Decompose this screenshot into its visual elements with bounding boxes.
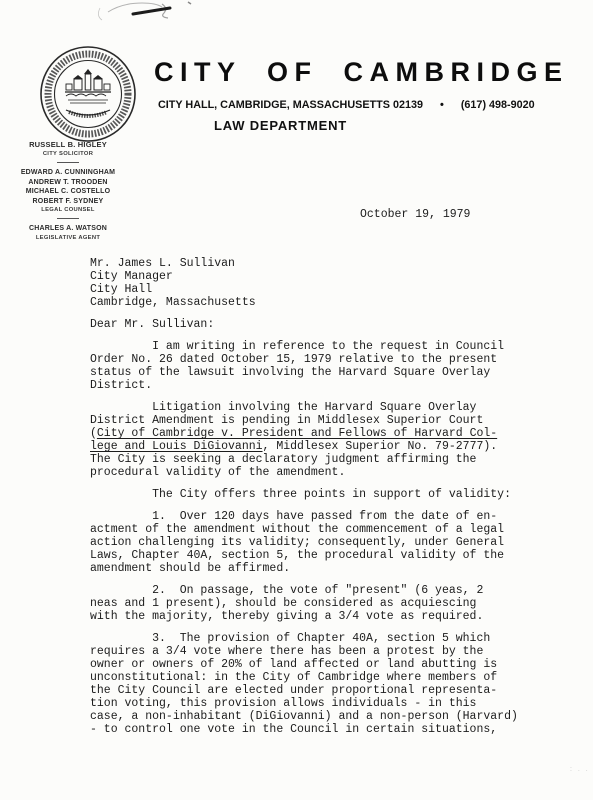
salutation-line: Dear Mr. Sullivan: [90,318,550,331]
text-segment: 2. On passage, the vote of "present" (6 … [90,584,483,597]
official-name: EDWARD A. CUNNINGHAM [2,168,134,178]
divider [57,218,79,219]
salutation: Dear Mr. Sullivan: [90,318,550,331]
official-role: CITY SOLICITOR [2,150,134,158]
official-name: ANDREW T. TROODEN [2,178,134,188]
text-segment: case, a non-inhabitant (DiGiovanni) and … [90,710,518,723]
scanned-letter-page: CITY OF CAMBRIDGE CITY HALL, CAMBRIDGE, … [0,0,593,800]
case-citation-underlined: lege and Louis DiGiovanni [90,440,263,453]
text-segment: with the majority, thereby giving a 3/4 … [90,610,483,623]
paragraph: 3. The provision of Chapter 40A, section… [90,632,550,736]
divider [57,162,79,163]
letter-line: neas and 1 present), should be considere… [90,597,550,610]
official-name: RUSSELL B. HIGLEY [2,140,134,150]
text-segment: tion voting, this provision allows indiv… [90,697,476,710]
text-segment: unconstitutional: in the City of Cambrid… [90,671,497,684]
text-segment: The City is seeking a declaratory judgme… [90,453,476,466]
letterhead-address-line: CITY HALL, CAMBRIDGE, MASSACHUSETTS 0213… [158,99,535,111]
letter-line: lege and Louis DiGiovanni, Middlesex Sup… [90,440,550,453]
scan-artifact: : . . [570,766,590,773]
handwritten-scribble-icon [70,0,270,40]
text-segment: owner or owners of 20% of land affected … [90,658,497,671]
paragraph: 2. On passage, the vote of "present" (6 … [90,584,550,623]
text-segment: the City Council are elected under propo… [90,684,497,697]
text-segment: status of the lawsuit involving the Harv… [90,366,490,379]
officials-group-legislative: CHARLES A. WATSON LEGISLATIVE AGENT [2,224,134,242]
text-segment: neas and 1 present), should be considere… [90,597,476,610]
text-segment: amendment should be affirmed. [90,562,290,575]
letter-line: District. [90,379,550,392]
letter-line: Order No. 26 dated October 15, 1979 rela… [90,353,550,366]
letter-line: - to control one vote in the Council in … [90,723,550,736]
letter-line: The City offers three points in support … [90,488,550,501]
letter-line: Laws, Chapter 40A, section 5, the proced… [90,549,550,562]
text-segment: The City offers three points in support … [90,488,511,501]
letter-line: action challenging its validity; consequ… [90,536,550,549]
officials-group-solicitor: RUSSELL B. HIGLEY CITY SOLICITOR [2,140,134,163]
letter-line: tion voting, this provision allows indiv… [90,697,550,710]
recipient-line: City Manager [90,270,550,283]
letter-line: case, a non-inhabitant (DiGiovanni) and … [90,710,550,723]
recipient-line: Mr. James L. Sullivan [90,257,550,270]
recipient-address-block: Mr. James L. Sullivan City Manager City … [90,257,550,309]
letter-line: with the majority, thereby giving a 3/4 … [90,610,550,623]
letter-line: District Amendment is pending in Middles… [90,414,550,427]
letter-line: 1. Over 120 days have passed from the da… [90,510,550,523]
official-name: MICHAEL C. COSTELLO [2,187,134,197]
text-segment: Order No. 26 dated October 15, 1979 rela… [90,353,497,366]
recipient-line: City Hall [90,283,550,296]
text-segment: , Middlesex Superior No. 79-2777). [263,440,498,453]
letter-paragraphs: I am writing in reference to the request… [90,340,550,736]
official-name: ROBERT F. SYDNEY [2,197,134,207]
letter-line: unconstitutional: in the City of Cambrid… [90,671,550,684]
letter-line: I am writing in reference to the request… [90,340,550,353]
letter-line: (City of Cambridge v. President and Fell… [90,427,550,440]
cambridge-city-seal-icon [38,44,138,144]
paragraph: Litigation involving the Harvard Square … [90,401,550,479]
letter-line: amendment should be affirmed. [90,562,550,575]
bullet-separator: • [440,99,444,111]
letter-line: the City Council are elected under propo… [90,684,550,697]
official-role: LEGISLATIVE AGENT [2,234,134,242]
letter-line: status of the lawsuit involving the Harv… [90,366,550,379]
text-segment: actment of the amendment without the com… [90,523,504,536]
recipient-line: Cambridge, Massachusetts [90,296,550,309]
letterhead-phone: (617) 498-9020 [461,99,535,111]
letter-date: October 19, 1979 [360,208,470,221]
officials-group-counsel: EDWARD A. CUNNINGHAM ANDREW T. TROODEN M… [2,168,134,219]
letter-body: Mr. James L. Sullivan City Manager City … [90,257,550,745]
text-segment: Laws, Chapter 40A, section 5, the proced… [90,549,504,562]
text-segment: procedural validity of the amendment. [90,466,345,479]
text-segment: District. [90,379,152,392]
official-name: CHARLES A. WATSON [2,224,134,234]
text-segment: 3. The provision of Chapter 40A, section… [90,632,490,645]
letter-line: 2. On passage, the vote of "present" (6 … [90,584,550,597]
text-segment: - to control one vote in the Council in … [90,723,497,736]
letterhead-title: CITY OF CAMBRIDGE [154,57,569,88]
text-segment: action challenging its validity; consequ… [90,536,504,549]
text-segment: I am writing in reference to the request… [90,340,504,353]
letter-line: actment of the amendment without the com… [90,523,550,536]
paragraph: I am writing in reference to the request… [90,340,550,392]
letterhead-department: LAW DEPARTMENT [214,118,347,133]
text-segment: District Amendment is pending in Middles… [90,414,483,427]
official-role: LEGAL COUNSEL [2,206,134,214]
letter-line: requires a 3/4 vote where there has been… [90,645,550,658]
case-citation-underlined: City of Cambridge v. President and Fello… [97,427,497,440]
text-segment: Litigation involving the Harvard Square … [90,401,476,414]
paragraph: 1. Over 120 days have passed from the da… [90,510,550,575]
text-segment: 1. Over 120 days have passed from the da… [90,510,497,523]
letter-line: The City is seeking a declaratory judgme… [90,453,550,466]
text-segment: requires a 3/4 vote where there has been… [90,645,483,658]
officials-list: RUSSELL B. HIGLEY CITY SOLICITOR EDWARD … [2,140,134,242]
paragraph: The City offers three points in support … [90,488,550,501]
letter-line: Litigation involving the Harvard Square … [90,401,550,414]
letter-line: 3. The provision of Chapter 40A, section… [90,632,550,645]
letterhead-address: CITY HALL, CAMBRIDGE, MASSACHUSETTS 0213… [158,99,423,111]
letter-line: owner or owners of 20% of land affected … [90,658,550,671]
letter-line: procedural validity of the amendment. [90,466,550,479]
text-segment: ( [90,427,97,440]
